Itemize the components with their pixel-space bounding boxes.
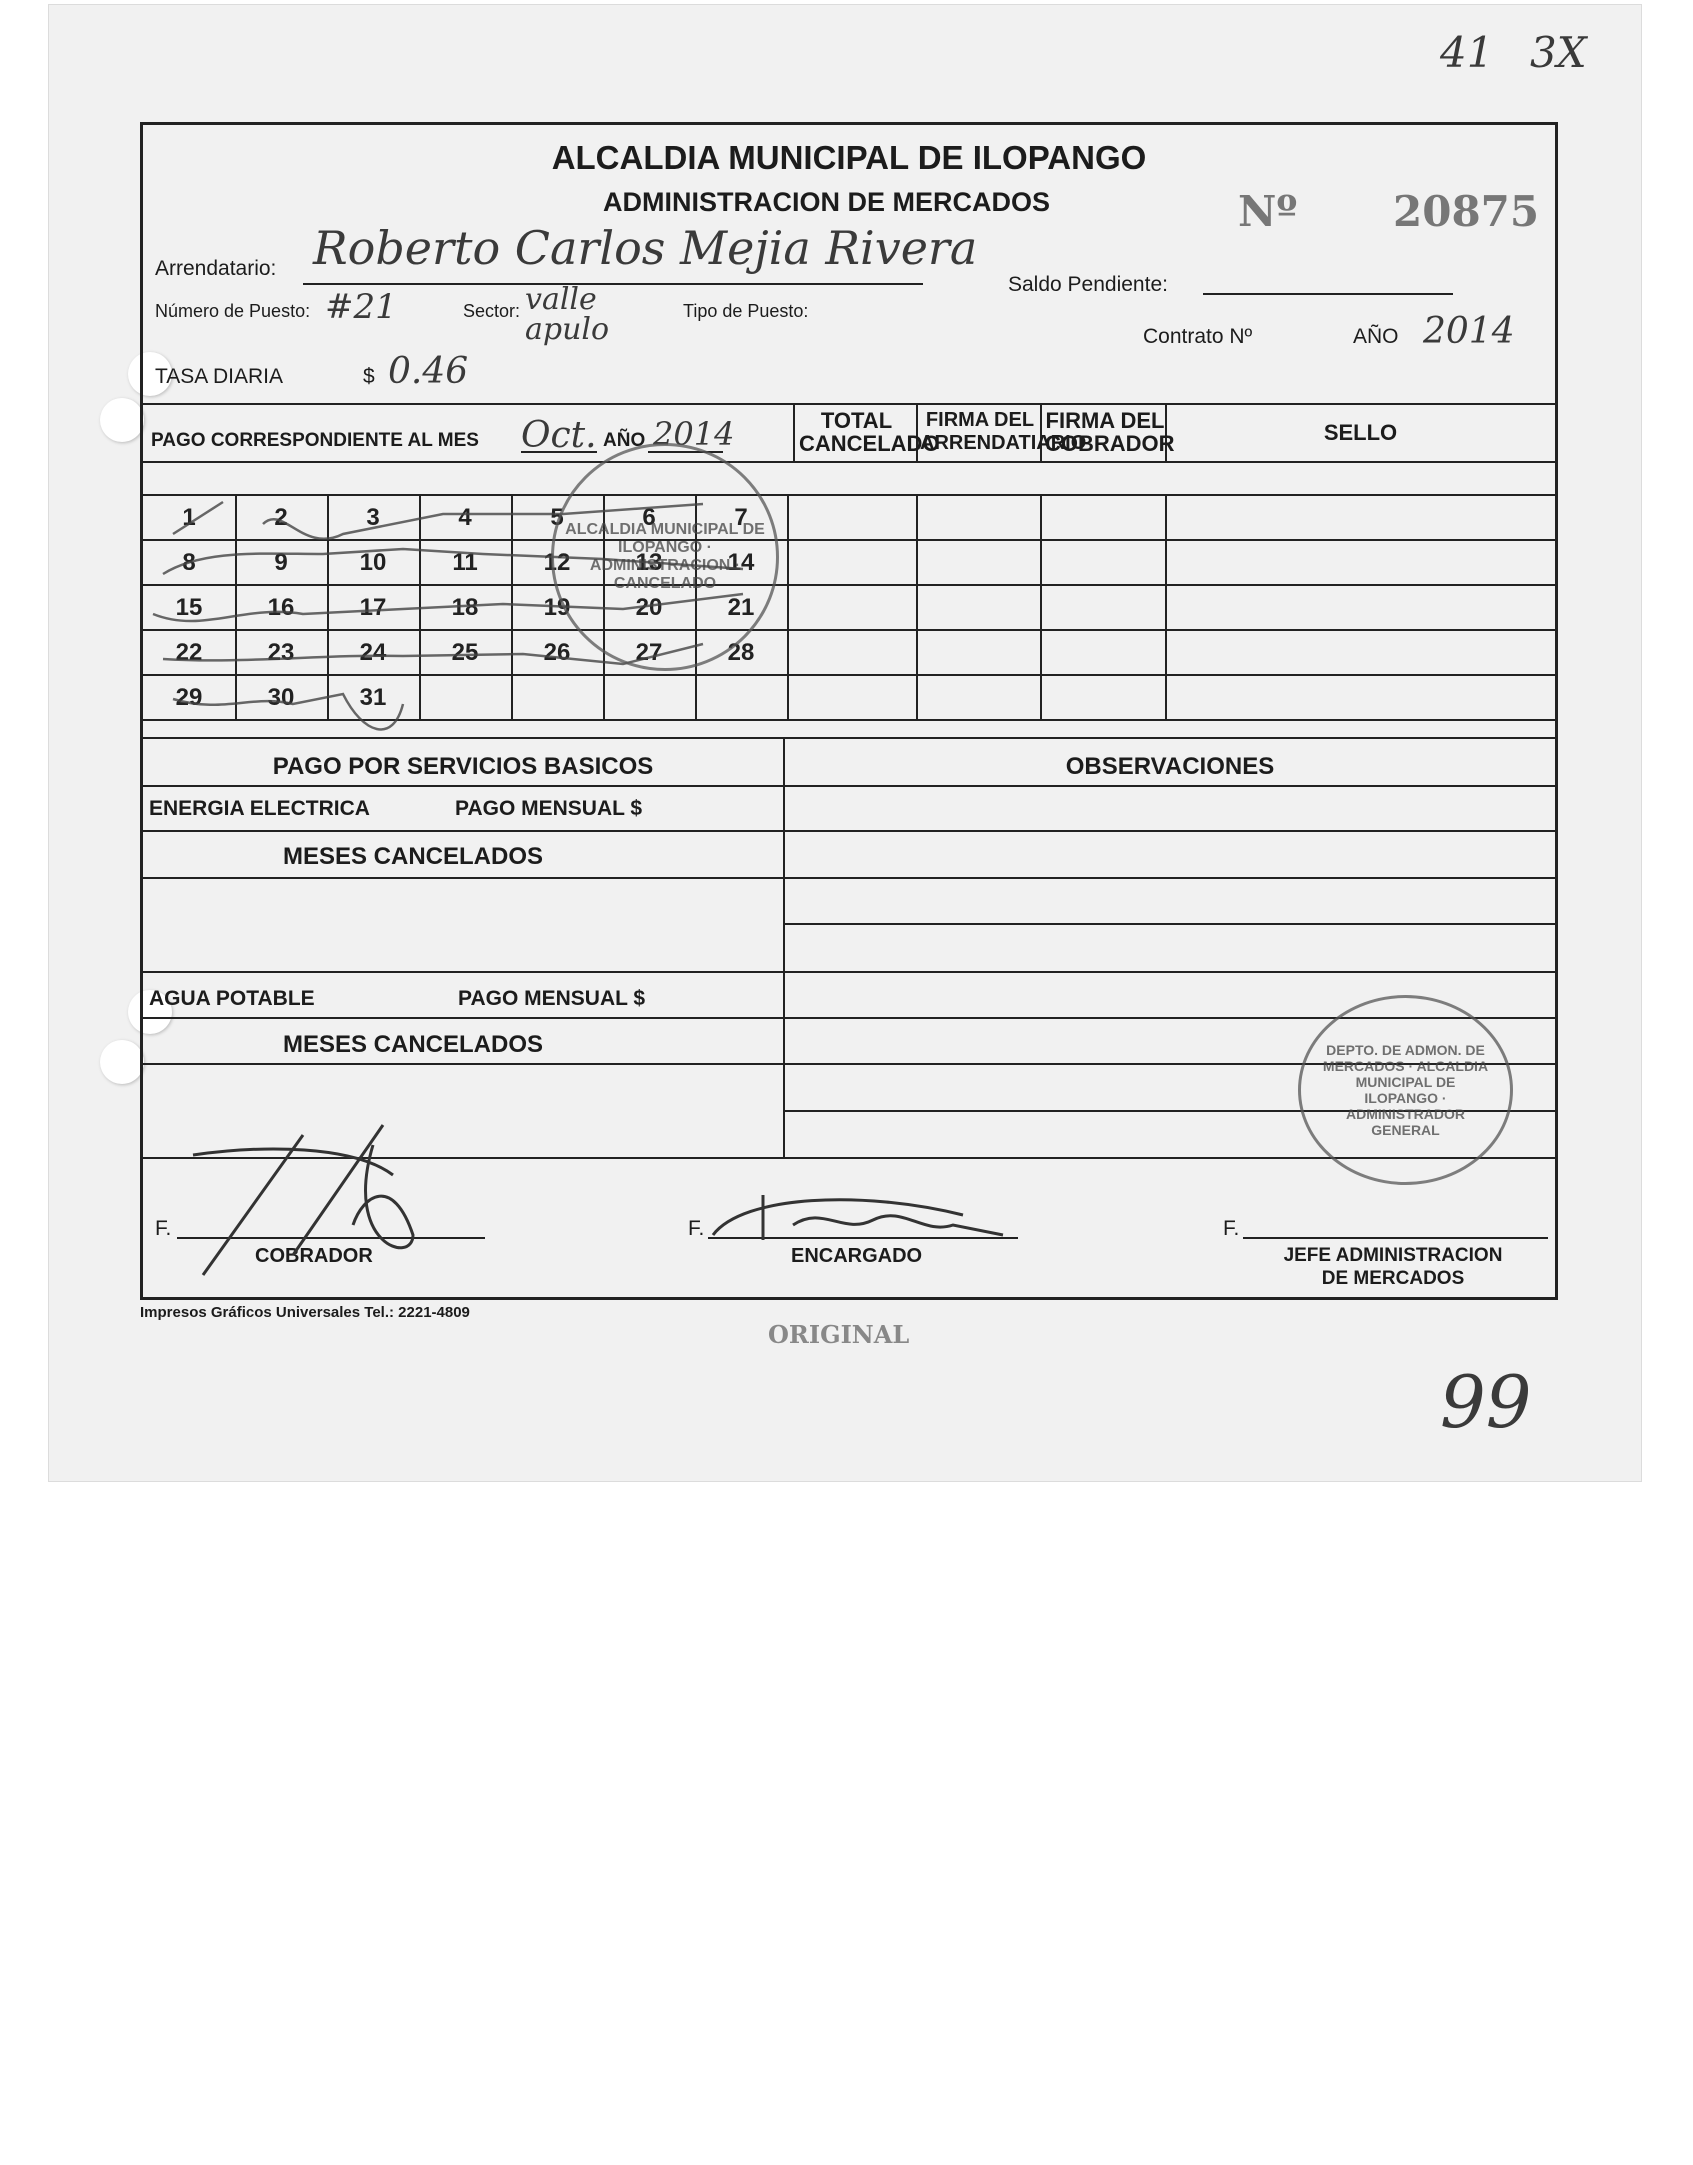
divider bbox=[143, 971, 1555, 973]
divider bbox=[143, 877, 1555, 879]
jefe-label-line2: DE MERCADOS bbox=[1243, 1268, 1543, 1290]
arrendatario-label: Arrendatario: bbox=[155, 257, 276, 281]
energia-meses-label: MESES CANCELADOS bbox=[143, 843, 783, 871]
pago-mes-label: PAGO CORRESPONDIENTE AL MES bbox=[151, 430, 479, 452]
divider bbox=[143, 785, 1555, 787]
margin-note-99: 99 bbox=[1440, 1360, 1532, 1444]
col-firma-cobrador: FIRMA DEL COBRADOR bbox=[1045, 409, 1165, 455]
punch-hole bbox=[100, 1040, 144, 1084]
encargado-signature bbox=[703, 1185, 1023, 1255]
agua-label: AGUA POTABLE bbox=[149, 987, 315, 1011]
seal-text: DEPTO. DE ADMON. DE MERCADOS · ALCALDIA … bbox=[1321, 1042, 1490, 1138]
contrato-label: Contrato Nº bbox=[1143, 325, 1252, 349]
grid-col-line bbox=[1040, 494, 1042, 719]
observaciones-title: OBSERVACIONES bbox=[785, 753, 1555, 781]
margin-note-3x: 3X bbox=[1530, 28, 1587, 77]
divider bbox=[143, 403, 1555, 405]
printer-credit: Impresos Gráficos Universales Tel.: 2221… bbox=[140, 1304, 470, 1321]
serial-number: 20875 bbox=[1393, 187, 1539, 236]
divider bbox=[143, 830, 1555, 832]
admin-seal: DEPTO. DE ADMON. DE MERCADOS · ALCALDIA … bbox=[1298, 995, 1513, 1185]
grid-line bbox=[143, 461, 1555, 463]
agua-meses-label: MESES CANCELADOS bbox=[143, 1031, 783, 1059]
tasa-diaria-field[interactable]: 0.46 bbox=[388, 351, 468, 392]
arrendatario-field[interactable]: Roberto Carlos Mejia Rivera bbox=[313, 221, 977, 275]
pago-mes-field[interactable]: Oct. bbox=[521, 415, 597, 456]
serial-number-label: Nº bbox=[1238, 187, 1297, 236]
col-firma-arrendatario: FIRMA DEL ARRENDATIARIO bbox=[920, 409, 1040, 455]
saldo-underline bbox=[1203, 293, 1453, 295]
sig-prefix-jefe: F. bbox=[1223, 1217, 1239, 1241]
services-title: PAGO POR SERVICIOS BASICOS bbox=[143, 753, 783, 781]
grid-col-line bbox=[916, 494, 918, 719]
jefe-signature-line[interactable] bbox=[1243, 1237, 1548, 1239]
energia-label: ENERGIA ELECTRICA bbox=[149, 797, 370, 821]
col-total-cancelado: TOTAL CANCELADO bbox=[799, 409, 914, 455]
grid-col-line bbox=[1165, 494, 1167, 719]
sector-field[interactable]: valle apulo bbox=[525, 285, 615, 345]
puesto-field[interactable]: #21 bbox=[325, 287, 397, 327]
stamp-text: ALCALDIA MUNICIPAL DE ILOPANGO · ADMINIS… bbox=[554, 521, 776, 593]
divider bbox=[143, 737, 1555, 739]
sig-prefix-encargado: F. bbox=[688, 1217, 704, 1241]
margin-note-41: 41 bbox=[1440, 28, 1493, 77]
puesto-label: Número de Puesto: bbox=[155, 301, 310, 322]
form-subtitle: ADMINISTRACION DE MERCADOS bbox=[603, 187, 1050, 218]
tasa-diaria-label: TASA DIARIA bbox=[155, 365, 283, 389]
anio-label: AÑO bbox=[1353, 325, 1399, 349]
tipo-puesto-label: Tipo de Puesto: bbox=[683, 301, 808, 322]
copy-label: ORIGINAL bbox=[768, 1320, 909, 1349]
cobrador-signature bbox=[183, 1115, 443, 1285]
cancelado-stamp: ALCALDIA MUNICIPAL DE ILOPANGO · ADMINIS… bbox=[551, 443, 779, 671]
tasa-currency: $ bbox=[363, 365, 375, 389]
anio-field[interactable]: 2014 bbox=[1423, 311, 1515, 352]
punch-hole bbox=[100, 398, 144, 442]
col-divider bbox=[783, 737, 785, 1157]
energia-pago-label: PAGO MENSUAL $ bbox=[455, 797, 642, 821]
sig-prefix-cobrador: F. bbox=[155, 1217, 171, 1241]
col-sello: SELLO bbox=[1168, 421, 1553, 444]
sector-label: Sector: bbox=[463, 301, 520, 322]
receipt-form: ALCALDIA MUNICIPAL DE ILOPANGO ADMINISTR… bbox=[140, 122, 1558, 1300]
saldo-label: Saldo Pendiente: bbox=[1008, 273, 1168, 297]
jefe-label-line1: JEFE ADMINISTRACION bbox=[1243, 1245, 1543, 1267]
agua-pago-label: PAGO MENSUAL $ bbox=[458, 987, 645, 1011]
form-title: ALCALDIA MUNICIPAL DE ILOPANGO bbox=[143, 139, 1555, 177]
col-divider bbox=[793, 403, 795, 461]
obs-line bbox=[783, 923, 1555, 925]
